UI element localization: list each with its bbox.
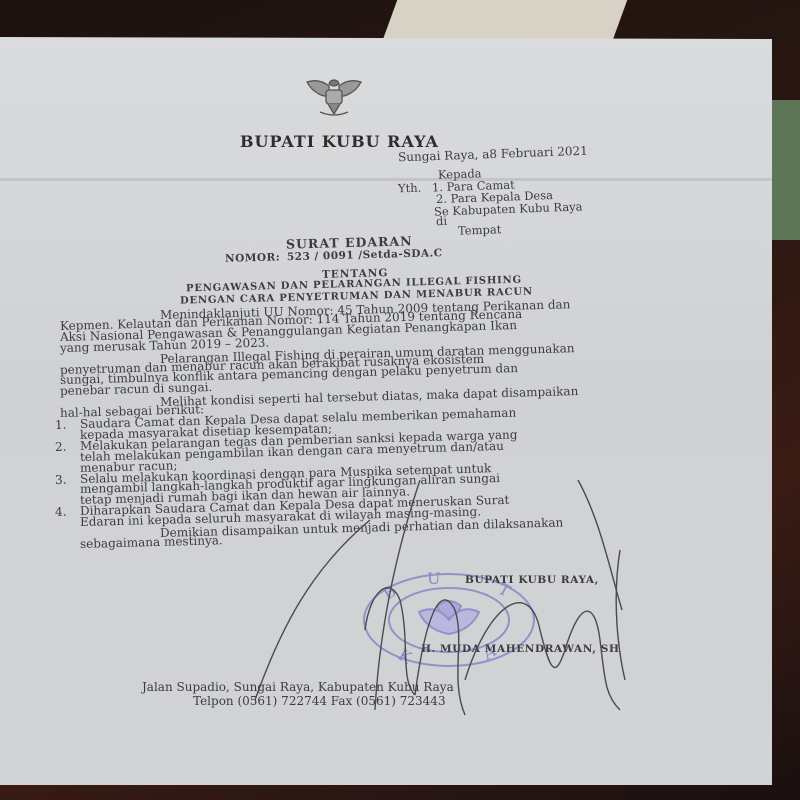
list-item-number: 1.	[55, 418, 67, 432]
background-paper-scrap	[383, 0, 628, 40]
list-item-number: 4.	[55, 505, 67, 519]
list-item-number: 2.	[55, 439, 67, 453]
recipient-yth: Yth.	[398, 181, 422, 196]
footer-contact: Telpon (0561) 722744 Fax (0561) 723443	[193, 694, 446, 708]
recipient-tempat: Tempat	[458, 222, 502, 238]
letterhead-title: BUPATI KUBU RAYA	[240, 132, 439, 151]
footer-address: Jalan Supadio, Sungai Raya, Kabupaten Ku…	[142, 680, 454, 694]
paper-fold-line	[0, 178, 772, 181]
recipient-di: di	[436, 214, 448, 228]
list-item-number: 3.	[55, 472, 67, 486]
garuda-emblem-icon	[302, 74, 366, 122]
